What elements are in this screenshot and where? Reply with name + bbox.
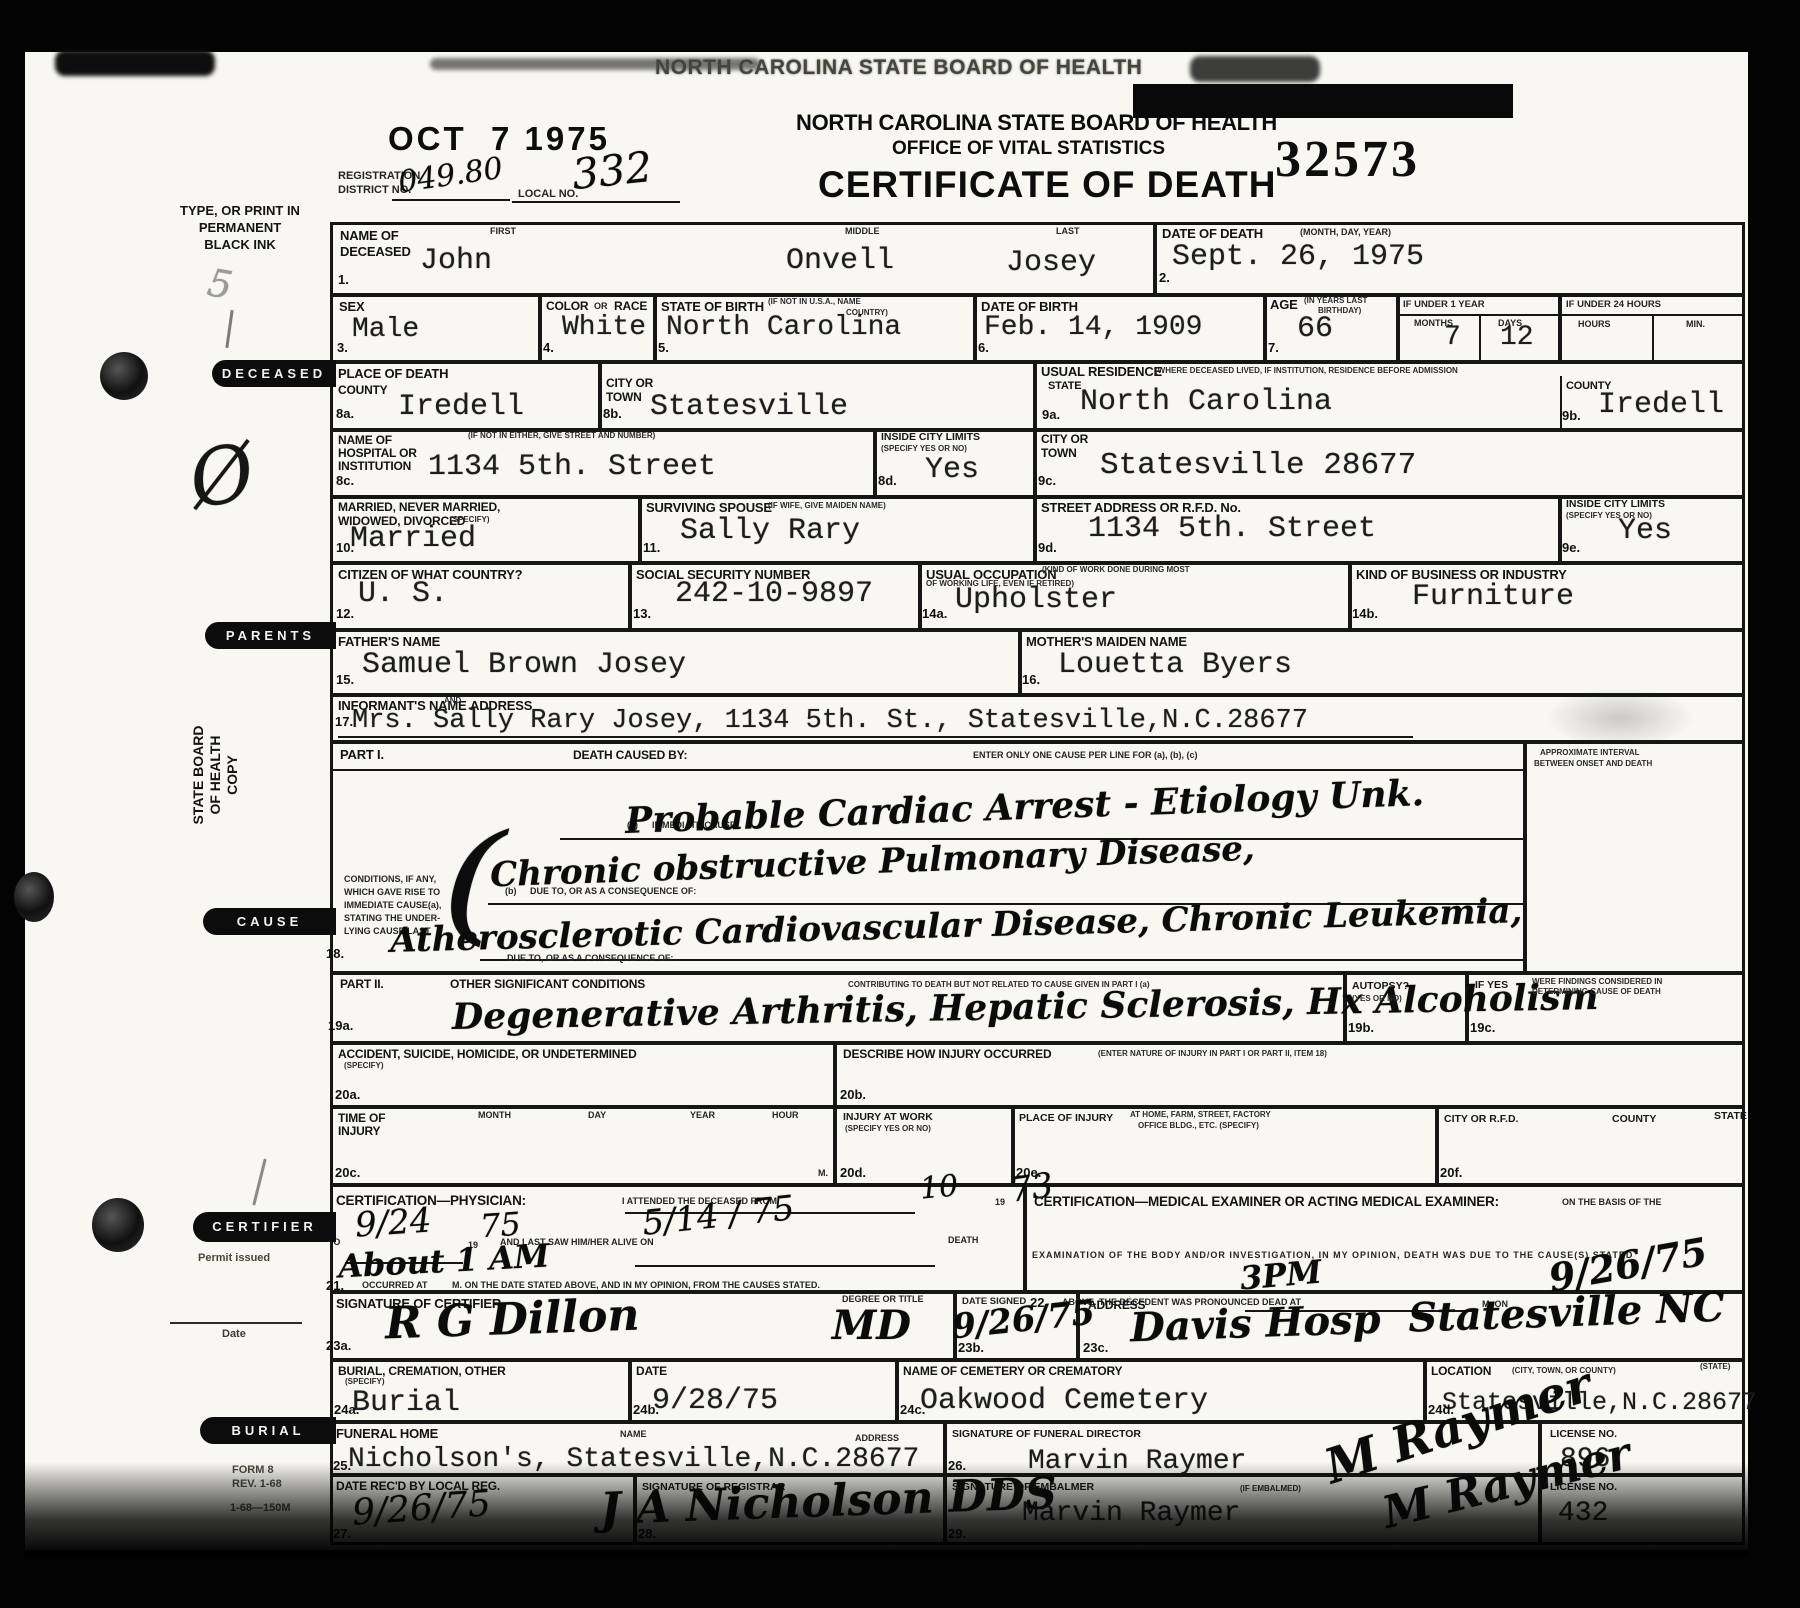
part2-label: PART II. xyxy=(340,977,384,991)
margin-instruction-line2: PERMANENT xyxy=(165,219,315,236)
residence-city-label1: CITY OR xyxy=(1041,432,1088,446)
rule-line xyxy=(338,736,1413,738)
item-3-number: 3. xyxy=(337,340,348,355)
under-1-year-label: IF UNDER 1 YEAR xyxy=(1403,299,1485,310)
time-injury-label1: TIME OF xyxy=(338,1111,385,1125)
item-9e-number: 9e. xyxy=(1562,540,1580,555)
name-label1: NAME OF xyxy=(340,228,399,243)
autopsy-sub: (YES OR NO) xyxy=(1352,994,1402,1003)
certificate-number: 32573 xyxy=(1275,130,1420,189)
section-tab-parents: PARENTS xyxy=(205,622,336,649)
funeral-home-label: FUNERAL HOME xyxy=(336,1426,438,1441)
spouse-value: Sally Rary xyxy=(680,514,860,548)
occupation-value: Upholster xyxy=(955,583,1117,617)
city-of-death-value: Statesville xyxy=(650,390,848,424)
interval-label2: BETWEEN ONSET AND DEATH xyxy=(1534,759,1652,768)
item-24c-number: 24c. xyxy=(900,1402,925,1417)
age-label: AGE xyxy=(1270,297,1298,312)
how-injury-note: (ENTER NATURE OF INJURY IN PART I OR PAR… xyxy=(1098,1049,1327,1058)
date-of-death-sublabel: (MONTH, DAY, YEAR) xyxy=(1300,227,1391,237)
item-20c-number: 20c. xyxy=(335,1165,360,1180)
name-label2: DECEASED xyxy=(340,244,411,259)
accident-sub: (SPECIFY) xyxy=(344,1061,384,1070)
middle-name-value: Onvell xyxy=(786,244,894,278)
copy-line2: OF HEALTH xyxy=(207,695,224,855)
injury-city-label: CITY OR R.F.D. xyxy=(1444,1113,1518,1125)
rule-line xyxy=(635,1265,935,1267)
residence-city-value: Statesville 28677 xyxy=(1100,448,1416,483)
item-14b-number: 14b. xyxy=(1352,606,1378,621)
ssn-value: 242-10-9897 xyxy=(675,577,873,611)
findings-sub1: WERE FINDINGS CONSIDERED IN xyxy=(1532,977,1662,986)
spouse-sub: (IF WIFE, GIVE MAIDEN NAME) xyxy=(768,501,886,510)
middle-label: MIDDLE xyxy=(845,226,880,236)
race-label-or: OR xyxy=(594,301,608,311)
on-basis-text: ON THE BASIS OF THE xyxy=(1562,1197,1662,1207)
item-20d-number: 20d. xyxy=(840,1165,866,1180)
first-name-value: John xyxy=(420,244,492,278)
date-of-birth-value: Feb. 14, 1909 xyxy=(984,312,1202,343)
item-1-number: 1. xyxy=(338,272,349,287)
inside-city-8d-sub: (SPECIFY YES OR NO) xyxy=(881,444,967,453)
redaction-bar xyxy=(1133,84,1513,118)
race-label2: RACE xyxy=(614,299,647,313)
funeral-home-address-sub: ADDRESS xyxy=(855,1433,899,1443)
one-cause-per-line-note: ENTER ONLY ONE CAUSE PER LINE FOR (a), (… xyxy=(973,750,1198,760)
item-8a-number: 8a. xyxy=(336,406,354,421)
funeral-director-label: SIGNATURE OF FUNERAL DIRECTOR xyxy=(952,1428,1141,1440)
inside-city-9e-value: Yes xyxy=(1618,514,1672,548)
meridiem-label: M. xyxy=(818,1168,828,1178)
item-23c-number: 23c. xyxy=(1083,1340,1108,1355)
state-9a-label: STATE xyxy=(1048,380,1081,392)
place-of-injury-label: PLACE OF INJURY xyxy=(1019,1112,1113,1124)
physician-opinion-text: M. ON THE DATE STATED ABOVE, AND IN MY O… xyxy=(452,1280,820,1290)
part1-label: PART I. xyxy=(340,747,384,762)
copy-designation: STATE BOARD OF HEALTH COPY xyxy=(190,695,250,855)
residence-county-value: Iredell xyxy=(1598,388,1724,422)
findings-sub2: DETERMINING CAUSE OF DEATH xyxy=(1532,987,1661,996)
section-tab-certifier: CERTIFIER xyxy=(193,1212,336,1242)
min-label: MIN. xyxy=(1686,319,1705,329)
death-word: DEATH xyxy=(948,1235,978,1245)
injury-county-label: COUNTY xyxy=(1612,1113,1656,1125)
conditions-note-line1: CONDITIONS, IF ANY, xyxy=(344,874,436,884)
item-8d-number: 8d. xyxy=(878,473,897,488)
informant-label-and: AND xyxy=(444,696,461,705)
section-tab-burial: BURIAL xyxy=(200,1417,336,1444)
death-caused-by-label: DEATH CAUSED BY: xyxy=(573,748,687,762)
burial-date-label: DATE xyxy=(636,1364,667,1378)
injury-at-work-label: INJURY AT WORK xyxy=(843,1111,933,1123)
date-rule-line xyxy=(170,1322,302,1324)
race-label: COLOR xyxy=(546,299,588,313)
examination-text: EXAMINATION OF THE BODY AND/OR INVESTIGA… xyxy=(1032,1250,1633,1260)
edge-ink-blob xyxy=(14,872,54,922)
last-label: LAST xyxy=(1056,226,1080,236)
if-yes-label: IF YES xyxy=(1475,979,1508,991)
other-conditions-label: OTHER SIGNIFICANT CONDITIONS xyxy=(450,977,645,991)
item-13-number: 13. xyxy=(633,606,651,621)
item-9b-number: 9b. xyxy=(1562,408,1581,423)
marital-label1: MARRIED, NEVER MARRIED, xyxy=(338,500,500,514)
item-17-number: 17. xyxy=(335,714,353,729)
certifier-signature: R G Dillon xyxy=(384,1290,640,1350)
item-24a-number: 24a. xyxy=(334,1402,359,1417)
item-4-number: 4. xyxy=(543,340,554,355)
scan-bottom-shadow xyxy=(25,1462,1748,1557)
item-9d-number: 9d. xyxy=(1038,540,1057,555)
item-14a-number: 14a. xyxy=(922,606,947,621)
section-tab-cause: CAUSE xyxy=(203,908,336,935)
place-of-injury-sub1: AT HOME, FARM, STREET, FACTORY xyxy=(1130,1110,1271,1119)
funeral-home-name-sub: NAME xyxy=(620,1429,647,1439)
document-title: CERTIFICATE OF DEATH xyxy=(818,164,1277,206)
grid-line xyxy=(1652,314,1654,362)
margin-instruction-line3: BLACK INK xyxy=(165,236,315,253)
item-6-number: 6. xyxy=(978,340,989,355)
location-label: LOCATION xyxy=(1431,1364,1491,1378)
permit-issued-label: Permit issued xyxy=(198,1252,270,1264)
hole-punch xyxy=(100,352,148,400)
item-5-number: 5. xyxy=(658,340,669,355)
item-20f-number: 20f. xyxy=(1440,1165,1462,1180)
autopsy-label: AUTOPSY? xyxy=(1352,980,1409,992)
place-of-death-label: PLACE OF DEATH xyxy=(338,366,448,381)
how-injury-label: DESCRIBE HOW INJURY OCCURRED xyxy=(843,1047,1051,1061)
conditions-note-line2: WHICH GAVE RISE TO xyxy=(344,887,440,897)
item-20b-number: 20b. xyxy=(840,1087,866,1102)
item-23a-number: 23a. xyxy=(326,1338,351,1353)
age-sub1: (IN YEARS LAST xyxy=(1304,296,1367,305)
usual-residence-sub: (WHERE DECEASED LIVED, IF INSTITUTION, R… xyxy=(1155,366,1458,375)
item-12-number: 12. xyxy=(336,606,354,621)
item-7-number: 7. xyxy=(1268,340,1279,355)
date-of-death-label: DATE OF DEATH xyxy=(1162,226,1263,241)
item-10-number: 10. xyxy=(336,540,354,555)
injury-at-work-sub: (SPECIFY YES OR NO) xyxy=(845,1124,931,1133)
certifier-degree-value: MD xyxy=(832,1302,911,1349)
informant-value: Mrs. Sally Rary Josey, 1134 5th. St., St… xyxy=(352,706,1308,736)
city-8b-label2: TOWN xyxy=(606,390,642,404)
item-2-number: 2. xyxy=(1159,270,1170,285)
inside-city-8d-label: INSIDE CITY LIMITS xyxy=(881,431,980,443)
item-16-number: 16. xyxy=(1022,672,1040,687)
under-24-hours-label: IF UNDER 24 HOURS xyxy=(1566,299,1661,310)
sex-value: Male xyxy=(352,314,419,345)
county-8a-label: COUNTY xyxy=(338,383,387,397)
race-value: White xyxy=(562,312,646,343)
hole-punch xyxy=(92,1198,144,1252)
residence-city-label2: TOWN xyxy=(1041,446,1077,460)
residence-state-value: North Carolina xyxy=(1080,385,1332,419)
rule-line xyxy=(332,769,1523,771)
margin-instruction: TYPE, OR PRINT IN PERMANENT BLACK INK xyxy=(165,202,315,253)
citizen-value: U. S. xyxy=(358,577,448,611)
industry-value: Furniture xyxy=(1412,580,1574,614)
item-20a-number: 20a. xyxy=(335,1087,360,1102)
rule-line xyxy=(512,201,680,203)
marital-value: Married xyxy=(350,522,476,556)
cert-examiner-label: CERTIFICATION—MEDICAL EXAMINER OR ACTING… xyxy=(1034,1194,1499,1209)
father-value: Samuel Brown Josey xyxy=(362,648,686,682)
item-8b-number: 8b. xyxy=(603,406,622,421)
county-of-death-value: Iredell xyxy=(398,390,524,424)
org-name-line2: OFFICE OF VITAL STATISTICS xyxy=(892,138,1165,160)
hospital-label3: INSTITUTION xyxy=(338,459,411,473)
item-11-number: 11. xyxy=(643,540,660,555)
hospital-label2: HOSPITAL OR xyxy=(338,446,417,460)
interval-label1: APPROXIMATE INTERVAL xyxy=(1540,748,1640,757)
hours-label: HOURS xyxy=(1578,319,1611,329)
last-name-value: Josey xyxy=(1006,246,1096,280)
faded-header-text: NORTH CAROLINA STATE BOARD OF HEALTH xyxy=(655,56,1142,80)
local-no-value: 332 xyxy=(570,142,655,199)
inside-city-9e-label: INSIDE CITY LIMITS xyxy=(1566,498,1665,510)
sex-label: SEX xyxy=(339,299,364,314)
street-address-value: 1134 5th. Street xyxy=(1088,512,1376,546)
cell-interval xyxy=(1525,742,1745,973)
location-state-sub: (STATE) xyxy=(1700,1362,1730,1371)
item-18-number: 18. xyxy=(326,946,344,961)
local-no-label: LOCAL NO. xyxy=(518,188,578,200)
date-of-death-value: Sept. 26, 1975 xyxy=(1172,240,1424,274)
conditions-note-line3: IMMEDIATE CAUSE(a), xyxy=(344,900,441,910)
cemetery-value: Oakwood Cemetery xyxy=(920,1384,1208,1418)
item-24b-number: 24b. xyxy=(633,1402,659,1417)
rule-line xyxy=(432,1292,497,1294)
burial-type-sub: (SPECIFY) xyxy=(345,1377,385,1386)
mother-label: MOTHER'S MAIDEN NAME xyxy=(1026,634,1187,649)
burial-type-label: BURIAL, CREMATION, OTHER xyxy=(338,1364,506,1378)
day-label: DAY xyxy=(588,1110,606,1120)
copy-line1: STATE BOARD xyxy=(190,695,207,855)
scan-smudge xyxy=(1190,56,1320,82)
year-label: YEAR xyxy=(690,1110,715,1120)
item-8c-number: 8c. xyxy=(336,473,354,488)
attended-to-value: 9/24 xyxy=(354,1200,433,1245)
item-9a-number: 9a. xyxy=(1042,407,1060,422)
year-prefix-1: 19 xyxy=(995,1197,1005,1207)
days-value: 12 xyxy=(1500,322,1534,353)
item-19a-number: 19a. xyxy=(328,1018,353,1033)
pronounced-dead-time: 3PM xyxy=(1238,1253,1323,1298)
margin-instruction-line1: TYPE, OR PRINT IN xyxy=(165,202,315,219)
item-23b-number: 23b. xyxy=(958,1340,984,1355)
hospital-value: 1134 5th. Street xyxy=(428,450,716,484)
injury-state-label: STATE xyxy=(1714,1110,1747,1122)
cell-time-of-injury xyxy=(330,1107,835,1185)
hour-label: HOUR xyxy=(772,1110,799,1120)
item-9c-number: 9c. xyxy=(1038,473,1056,488)
grid-line xyxy=(1479,314,1481,362)
state-of-birth-sub1: (IF NOT IN U.S.A., NAME xyxy=(768,297,861,306)
inside-city-8d-value: Yes xyxy=(925,453,979,487)
accident-label: ACCIDENT, SUICIDE, HOMICIDE, OR UNDETERM… xyxy=(338,1047,637,1061)
months-value: 7 xyxy=(1444,322,1461,353)
spouse-label: SURVIVING SPOUSE xyxy=(646,500,772,515)
item-19b-number: 19b. xyxy=(1348,1020,1374,1035)
state-of-birth-value: North Carolina xyxy=(666,312,901,343)
father-label: FATHER'S NAME xyxy=(338,634,440,649)
mother-value: Louetta Byers xyxy=(1058,648,1292,682)
month-label: MONTH xyxy=(478,1110,511,1120)
time-injury-label2: INJURY xyxy=(338,1124,380,1138)
place-of-injury-sub2: OFFICE BLDG., ETC. (SPECIFY) xyxy=(1138,1121,1259,1130)
occupation-sub1: (KIND OF WORK DONE DURING MOST xyxy=(1042,565,1190,574)
item-19c-number: 19c. xyxy=(1470,1020,1495,1035)
section-tab-deceased: DECEASED xyxy=(212,360,336,387)
city-8b-label1: CITY OR xyxy=(606,376,653,390)
hospital-sub: (IF NOT IN EITHER, GIVE STREET AND NUMBE… xyxy=(468,431,655,440)
burial-type-value: Burial xyxy=(352,1386,460,1420)
hospital-label1: NAME OF xyxy=(338,433,392,447)
copy-line3: COPY xyxy=(224,695,241,855)
burial-date-value: 9/28/75 xyxy=(652,1384,778,1418)
due-to-label-c: DUE TO, OR AS A CONSEQUENCE OF: xyxy=(507,953,673,963)
usual-residence-label: USUAL RESIDENCE xyxy=(1041,364,1162,379)
date-label: Date xyxy=(222,1328,246,1340)
attended-from-value: 10 xyxy=(919,1168,960,1206)
rule-line xyxy=(392,199,510,201)
scan-smudge xyxy=(55,50,215,76)
item-15-number: 15. xyxy=(336,672,354,687)
age-value: 66 xyxy=(1297,312,1333,346)
first-label: FIRST xyxy=(490,226,516,236)
cemetery-label: NAME OF CEMETERY OR CREMATORY xyxy=(903,1364,1122,1378)
